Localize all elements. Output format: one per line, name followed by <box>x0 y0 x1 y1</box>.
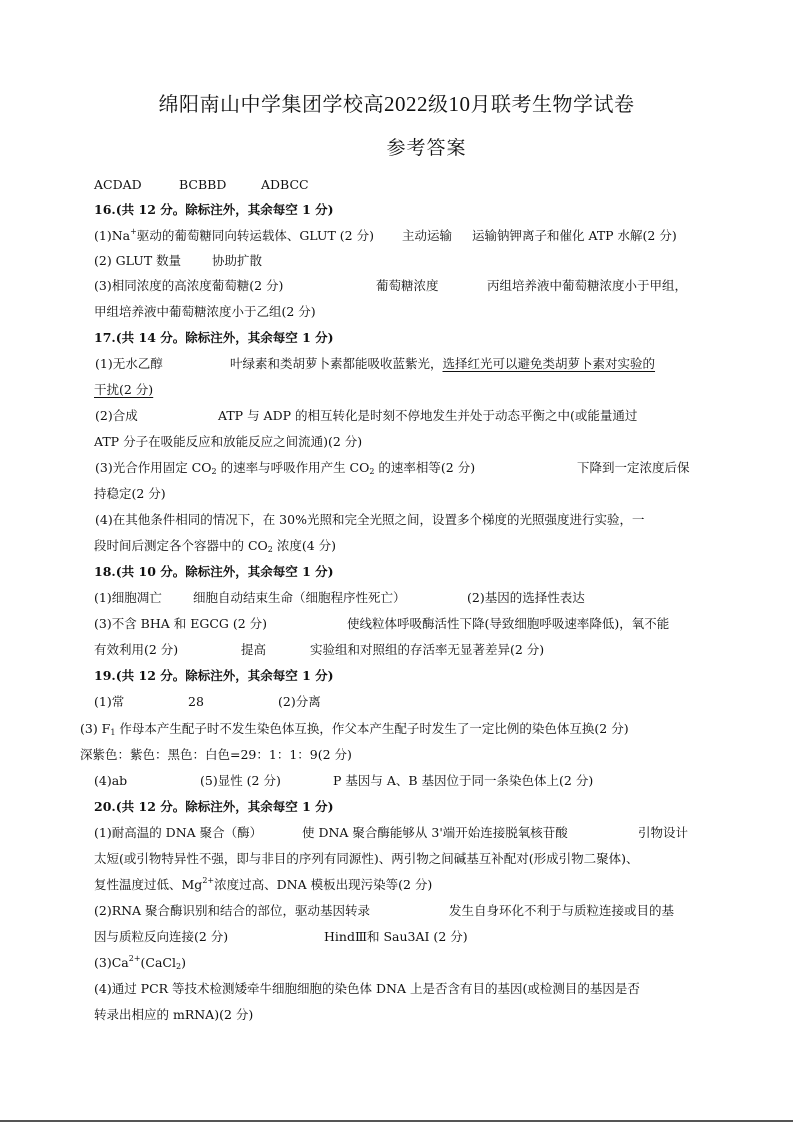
title-month: 10 <box>449 92 471 116</box>
q20-header: 20.(共 12 分。除标注外，其余每空 1 分) <box>94 797 334 817</box>
q18-header: 18.(共 10 分。除标注外，其余每空 1 分) <box>94 562 334 582</box>
q20-answer-2: (2)RNA 聚合酶识别和结合的部位，驱动基因转录 发生自身环化不利于与质粒连接… <box>94 901 714 921</box>
document-title: 绵阳南山中学集团学校高2022级10月联考生物学试卷 <box>0 88 793 117</box>
choice-answers-6-10: BCBBD <box>179 175 226 195</box>
document-subtitle: 参考答案 <box>0 133 793 160</box>
title-year: 2022 <box>384 92 428 116</box>
q18-answer-1-2: (1)细胞凋亡 细胞自动结束生命（细胞程序性死亡） (2)基因的选择性表达 <box>94 588 714 608</box>
q17-answer-4: (4)在其他条件相同的情况下，在 30%光照和完全光照之间，设置多个梯度的光照强… <box>95 510 644 530</box>
q17-answer-3: (3)光合作用固定 CO2 的速率与呼吸作用产生 CO2 的速率相等(2 分) … <box>95 458 715 478</box>
q17-answer-3-cont: 持稳定(2 分) <box>94 484 166 504</box>
choice-answers-11-15: ADBCC <box>261 175 309 195</box>
q16-answer-2: (2) GLUT 数量 协助扩散 <box>94 251 714 271</box>
q16-header: 16.(共 12 分。除标注外，其余每空 1 分) <box>94 200 334 220</box>
q20-answer-1-cont-2: 复性温度过低、Mg2+浓度过高、DNA 模板出现污染等(2 分) <box>94 875 432 895</box>
choice-answers-1-5: ACDAD <box>94 175 142 195</box>
q20-answer-4: (4)通过 PCR 等技术检测矮牵牛细胞细胞的染色体 DNA 上是否含有目的基因… <box>94 979 640 999</box>
q17-answer-4-cont: 段时间后测定各个容器中的 CO2 浓度(4 分) <box>94 536 336 556</box>
choice-answers: ACDAD BCBBD ADBCC <box>94 175 714 195</box>
q20-answer-2-cont: 因与质粒反向连接(2 分) HindⅢ和 Sau3AⅠ (2 分) <box>94 927 714 947</box>
q18-answer-3-cont: 有效利用(2 分) 提高 实验组和对照组的存活率无显著差异(2 分) <box>94 640 714 660</box>
q20-answer-4-cont: 转录出相应的 mRNA)(2 分) <box>94 1005 253 1025</box>
title-school: 绵阳南山中学集团学校高 <box>159 92 385 116</box>
q19-answer-3: (3) F1 作母本产生配子时不发生染色体互换，作父本产生配子时发生了一定比例的… <box>80 719 629 739</box>
q17-header: 17.(共 14 分。除标注外，其余每空 1 分) <box>94 328 334 348</box>
title-grade: 级 <box>428 92 449 116</box>
answer-sheet-page: 绵阳南山中学集团学校高2022级10月联考生物学试卷 参考答案 ACDAD BC… <box>0 0 793 1122</box>
q17-answer-1-cont: 干扰(2 分) <box>94 380 153 400</box>
q20-answer-1-cont: 太短(或引物特异性不强，即与非目的序列有同源性)、两引物之间碱基互补配对(形成引… <box>94 849 639 869</box>
q16-answer-1: (1)Na+驱动的葡萄糖同向转运载体、GLUT (2 分) 主动运输 运输钠钾离… <box>94 226 714 246</box>
q17-answer-2: (2)合成 ATP 与 ADP 的相互转化是时刻不停地发生并处于动态平衡之中(或… <box>95 406 715 426</box>
title-exam: 月联考生物学试卷 <box>471 92 635 116</box>
q19-answer-1-2: (1)常 28 (2)分离 <box>94 692 714 712</box>
q20-answer-3: (3)Ca2+(CaCl2) <box>94 953 186 973</box>
q20-answer-1: (1)耐高温的 DNA 聚合（酶） 使 DNA 聚合酶能够从 3'端开始连接脱氧… <box>94 823 714 843</box>
q18-answer-3: (3)不含 BHA 和 EGCG (2 分) 使线粒体呼吸酶活性下降(导致细胞呼… <box>94 614 714 634</box>
q19-header: 19.(共 12 分。除标注外，其余每空 1 分) <box>94 666 334 686</box>
q19-answer-3-ratio: 深紫色：紫色：黑色：白色=29：1：1：9(2 分) <box>80 745 352 765</box>
q19-answer-4-5: (4)ab (5)显性 (2 分) P 基因与 A、B 基因位于同一条染色体上(… <box>94 771 714 791</box>
q16-answer-3-cont: 甲组培养液中葡萄糖浓度小于乙组(2 分) <box>94 302 316 322</box>
q17-answer-2-cont: ATP 分子在吸能反应和放能反应之间流通)(2 分) <box>94 432 362 452</box>
q17-answer-1: (1)无水乙醇 叶绿素和类胡萝卜素都能吸收蓝紫光，选择红光可以避免类胡萝卜素对实… <box>95 354 715 374</box>
q16-answer-3: (3)相同浓度的高浓度葡萄糖(2 分) 葡萄糖浓度 丙组培养液中葡萄糖浓度小于甲… <box>94 276 714 296</box>
